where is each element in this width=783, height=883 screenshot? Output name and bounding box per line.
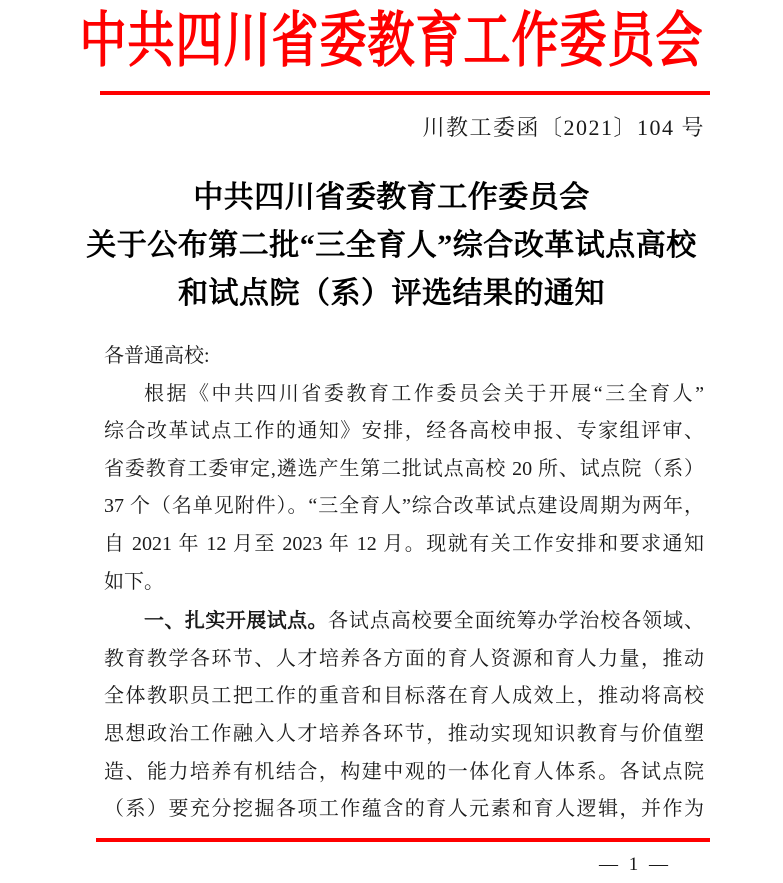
para2-line-3: 全体教职员工把工作的重音和目标落在育人成效上，推动将高校 — [104, 678, 704, 716]
document-body: 各普通高校: 根据《中共四川省委教育工作委员会关于开展“三全育人” 综合改革试点… — [104, 338, 704, 829]
title-line-2: 关于公布第二批“三全育人”综合改革试点高校 — [0, 222, 783, 270]
letterhead-org-name: 中共四川省委教育工作委员会 — [0, 3, 783, 80]
para2-section-heading: 一、扎实开展试点。 — [144, 610, 328, 632]
document-number: 川教工委函〔2021〕104 号 — [422, 111, 705, 142]
document-page: 中共四川省委教育工作委员会 川教工委函〔2021〕104 号 中共四川省委教育工… — [0, 0, 783, 883]
para2-line-5: 造、能力培养有机结合，构建中观的一体化育人体系。各试点院 — [104, 754, 704, 792]
document-title: 中共四川省委教育工作委员会 关于公布第二批“三全育人”综合改革试点高校 和试点院… — [0, 174, 783, 318]
page-number: — 1 — — [599, 854, 671, 876]
para1-line-1: 根据《中共四川省委教育工作委员会关于开展“三全育人” — [104, 376, 704, 414]
para1-line-2: 综合改革试点工作的通知》安排，经各高校申报、专家组评审、 — [104, 413, 704, 451]
para1-line-6: 如下。 — [104, 564, 704, 602]
para1-line-3: 省委教育工委审定,遴选产生第二批试点高校 20 所、试点院（系） — [104, 451, 704, 489]
salutation: 各普通高校: — [104, 338, 704, 376]
para1-line-5: 自 2021 年 12 月至 2023 年 12 月。现就有关工作安排和要求通知 — [104, 526, 704, 564]
header-double-rule — [100, 91, 710, 95]
para2-lead-rest: 各试点高校要全面统筹办学治校各领域、 — [328, 610, 704, 632]
para2-line-1: 一、扎实开展试点。各试点高校要全面统筹办学治校各领域、 — [104, 603, 704, 641]
para2-line-4: 思想政治工作融入人才培养各环节，推动实现知识教育与价值塑 — [104, 716, 704, 754]
title-line-3: 和试点院（系）评选结果的通知 — [0, 270, 783, 318]
para2-line-6: （系）要充分挖掘各项工作蕴含的育人元素和育人逻辑，并作为 — [104, 791, 704, 829]
para2-line-2: 教育教学各环节、人才培养各方面的育人资源和育人力量，推动 — [104, 641, 704, 679]
footer-double-rule — [96, 838, 710, 842]
para1-line-4: 37 个（名单见附件）。“三全育人”综合改革试点建设周期为两年， — [104, 488, 704, 526]
title-line-1: 中共四川省委教育工作委员会 — [0, 174, 783, 222]
